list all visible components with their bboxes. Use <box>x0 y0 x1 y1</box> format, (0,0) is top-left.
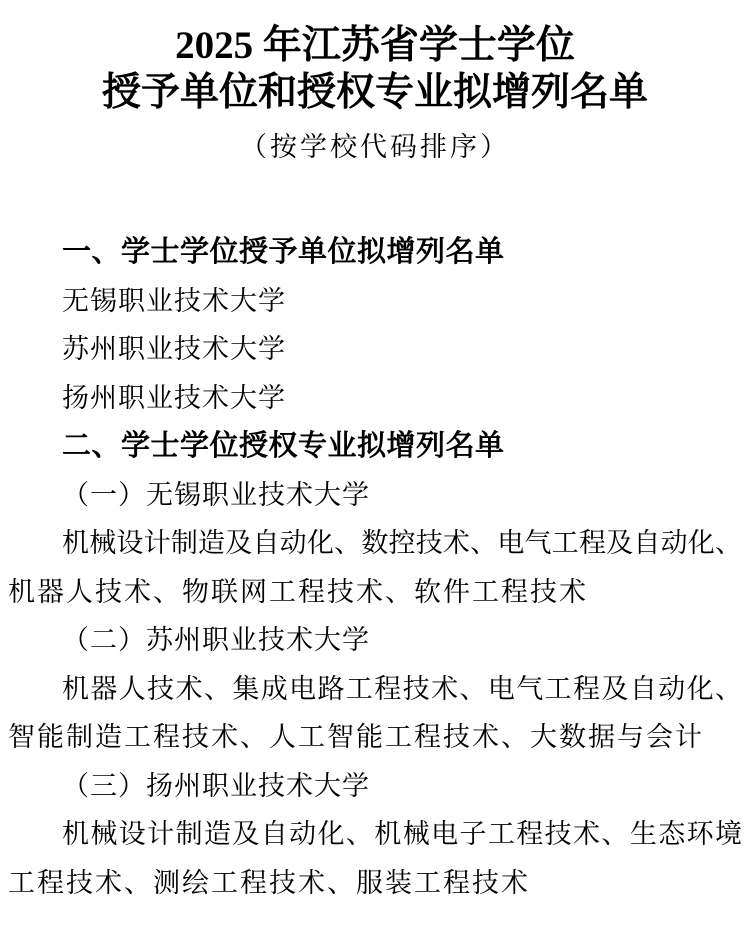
document-page: 2025 年江苏省学士学位 授予单位和授权专业拟增列名单 （按学校代码排序） 一… <box>0 0 750 937</box>
page-title-line2: 授予单位和授权专业拟增列名单 <box>8 69 742 116</box>
majors-line: 机器人技术、物联网工程技术、软件工程技术 <box>8 568 742 617</box>
university-item-wuxi: 无锡职业技术大学 <box>8 277 742 326</box>
subsection-2-label: （二）苏州职业技术大学 <box>8 616 742 665</box>
subsection-3-majors: 机械设计制造及自动化、机械电子工程技术、生态环境 工程技术、测绘工程技术、服装工… <box>8 810 742 907</box>
majors-line: 机械设计制造及自动化、数控技术、电气工程及自动化、 <box>8 519 742 568</box>
subsection-2-majors: 机器人技术、集成电路工程技术、电气工程及自动化、 智能制造工程技术、人工智能工程… <box>8 665 742 762</box>
page-subtitle: （按学校代码排序） <box>8 130 742 164</box>
subsection-1-label: （一）无锡职业技术大学 <box>8 471 742 520</box>
page-title-line1: 2025 年江苏省学士学位 <box>8 22 742 69</box>
subsection-1-majors: 机械设计制造及自动化、数控技术、电气工程及自动化、 机器人技术、物联网工程技术、… <box>8 519 742 616</box>
section-2-heading: 二、学士学位授权专业拟增列名单 <box>8 422 742 471</box>
majors-line: 机械设计制造及自动化、机械电子工程技术、生态环境 <box>8 810 742 859</box>
majors-line: 智能制造工程技术、人工智能工程技术、大数据与会计 <box>8 713 742 762</box>
majors-line: 机器人技术、集成电路工程技术、电气工程及自动化、 <box>8 665 742 714</box>
document-body: 一、学士学位授予单位拟增列名单 无锡职业技术大学 苏州职业技术大学 扬州职业技术… <box>8 228 742 907</box>
majors-line: 工程技术、测绘工程技术、服装工程技术 <box>8 859 742 908</box>
subsection-3-label: （三）扬州职业技术大学 <box>8 762 742 811</box>
page-title: 2025 年江苏省学士学位 授予单位和授权专业拟增列名单 <box>8 22 742 116</box>
university-item-suzhou: 苏州职业技术大学 <box>8 325 742 374</box>
section-1-heading: 一、学士学位授予单位拟增列名单 <box>8 228 742 277</box>
university-item-yangzhou: 扬州职业技术大学 <box>8 374 742 423</box>
